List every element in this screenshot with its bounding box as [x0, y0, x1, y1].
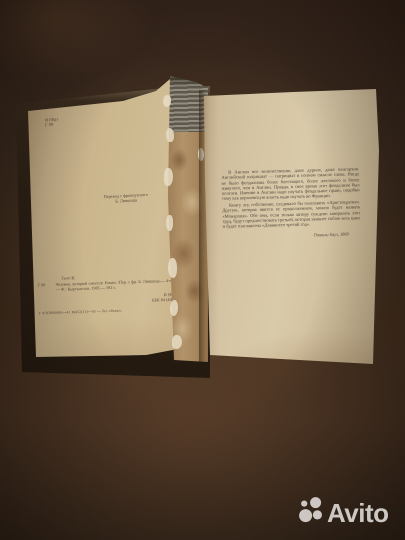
book-photo: И (Фр) Г 99 Перевод с французского Б. Ли…: [0, 0, 405, 540]
photo-vignette: [0, 0, 405, 540]
avito-watermark: Avito: [299, 497, 389, 529]
avito-dots-icon: [299, 497, 324, 529]
avito-wordmark: Avito: [327, 498, 389, 528]
